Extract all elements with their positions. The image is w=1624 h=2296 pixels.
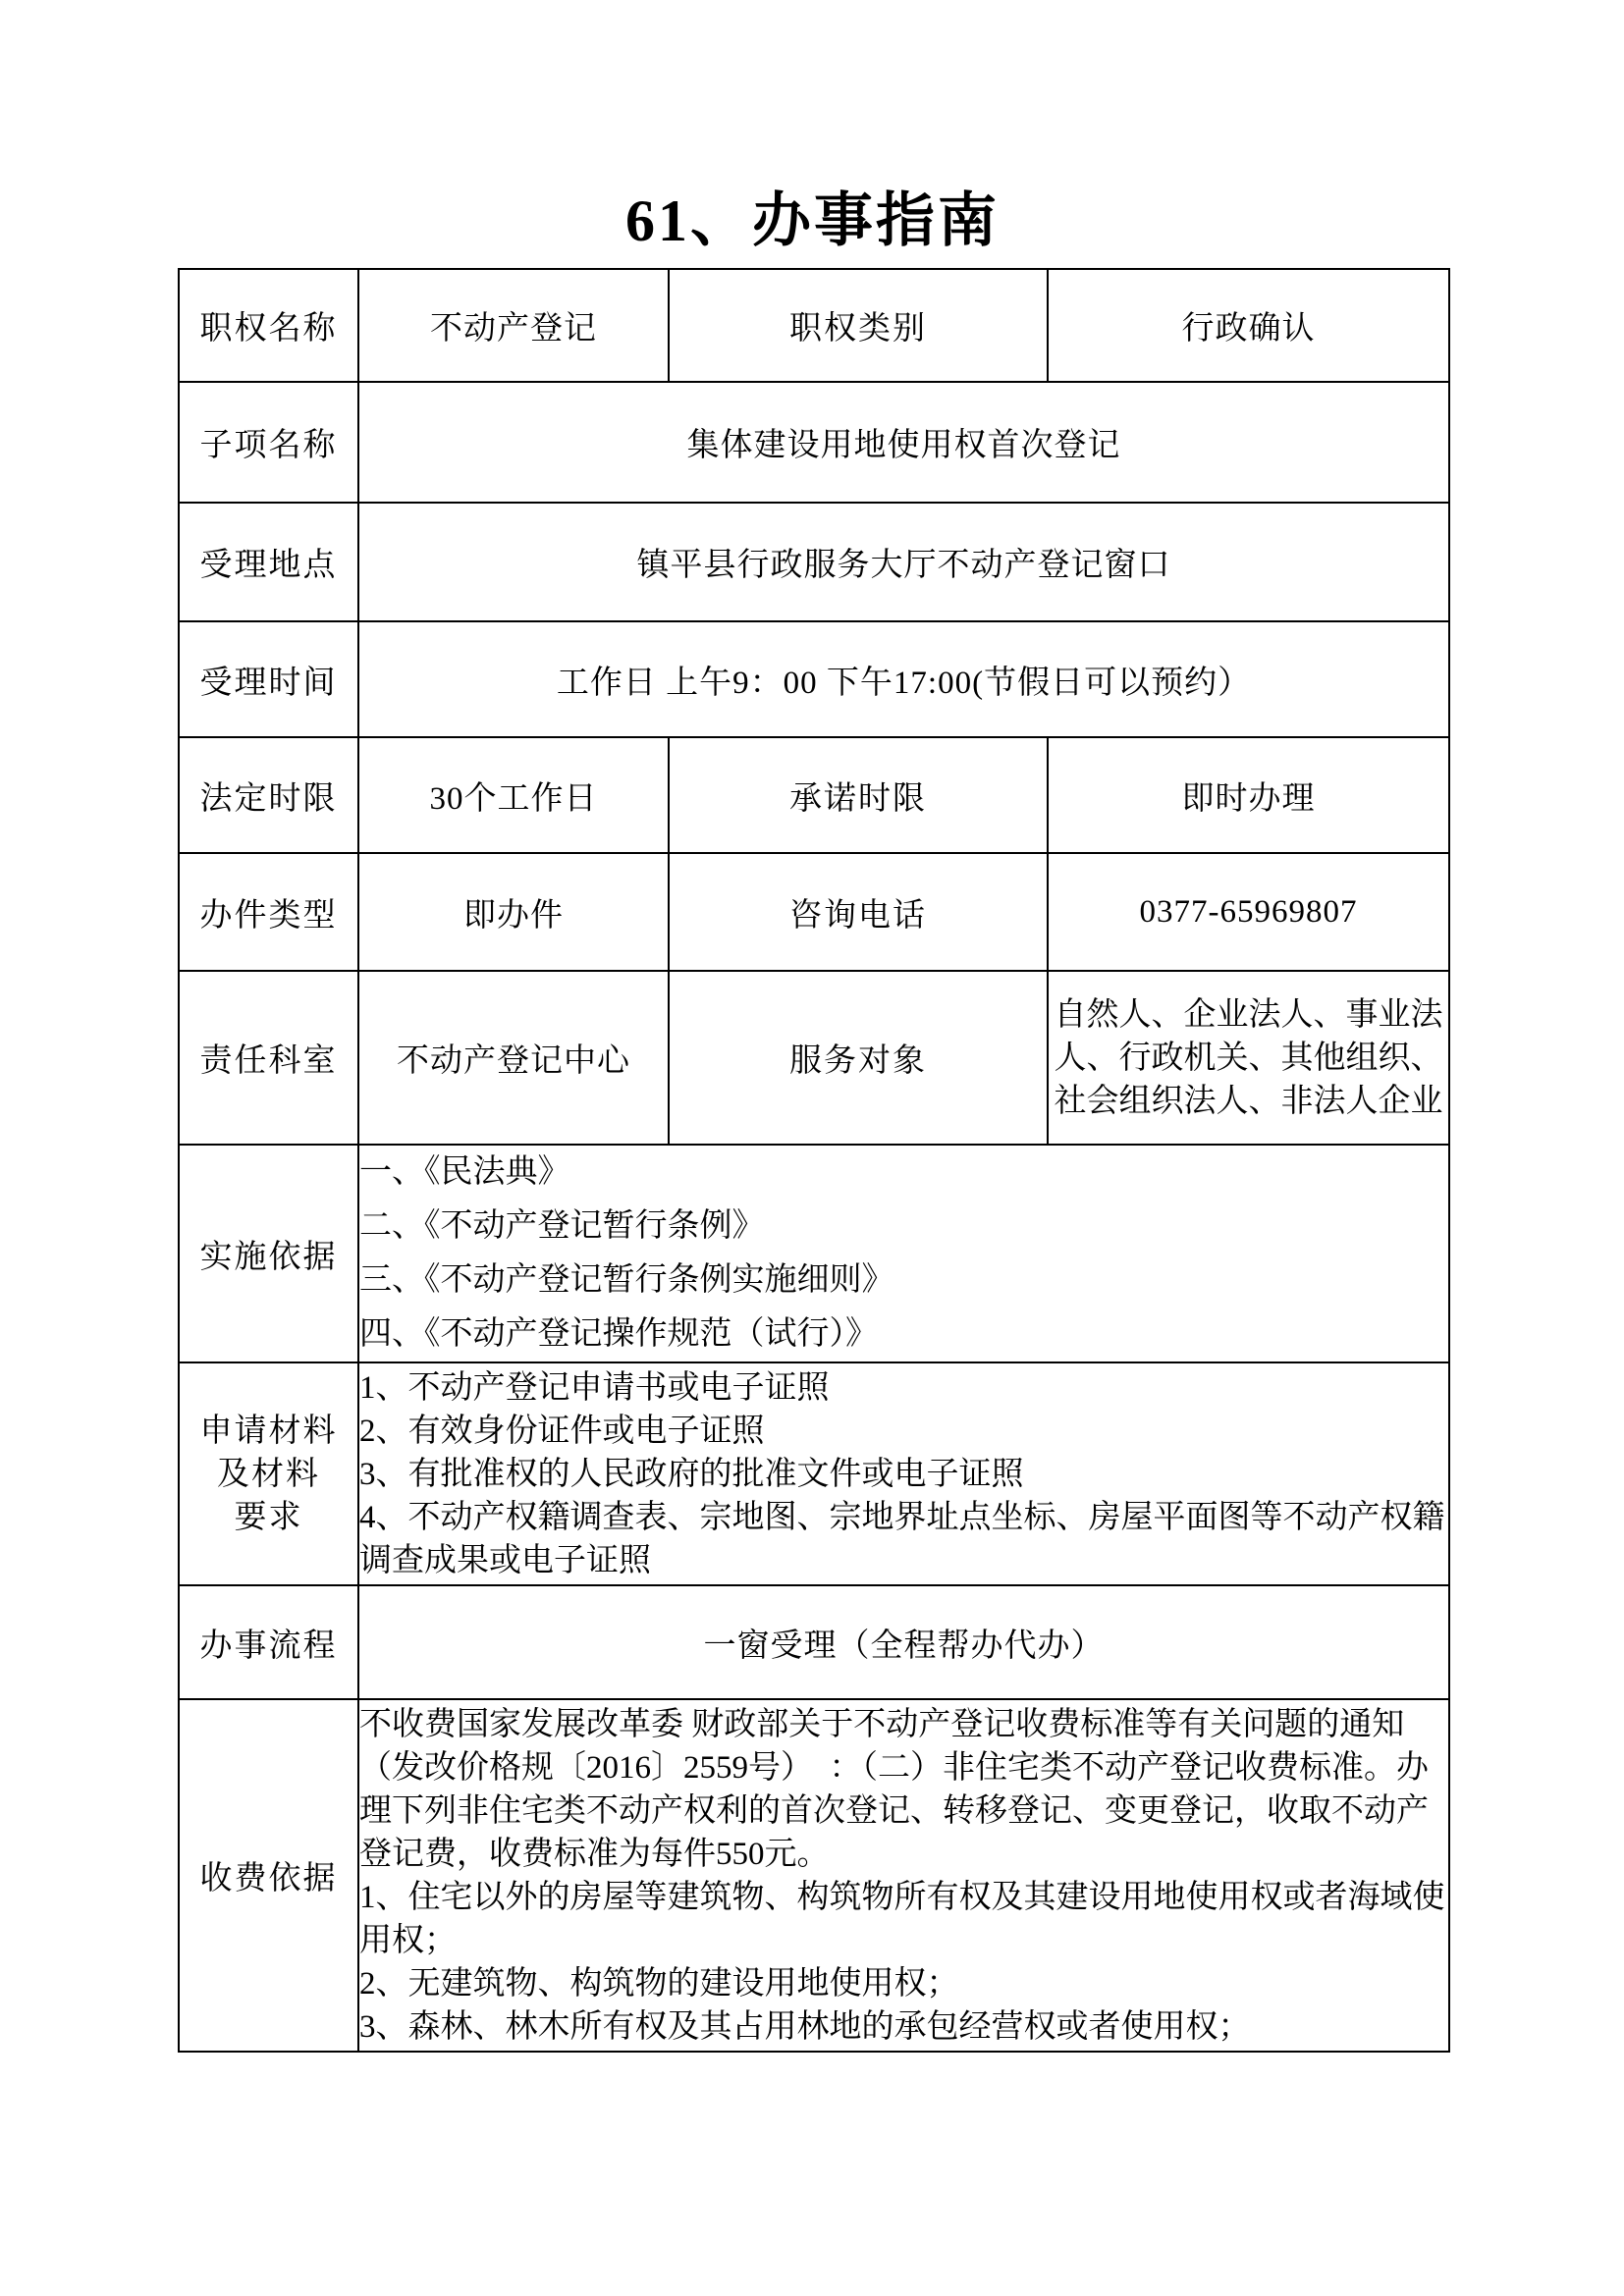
table-row: 实施依据 一、《民法典》 二、《不动产登记暂行条例》 三、《不动产登记暂行条例实… xyxy=(179,1145,1449,1362)
application-materials-list: 1、不动产登记申请书或电子证照 2、有效身份证件或电子证照 3、有批准权的人民政… xyxy=(358,1362,1449,1585)
acceptance-location-label: 受理地点 xyxy=(179,503,358,621)
responsible-department-value: 不动产登记中心 xyxy=(358,971,669,1145)
table-row: 受理地点 镇平县行政服务大厅不动产登记窗口 xyxy=(179,503,1449,621)
statutory-time-limit-label: 法定时限 xyxy=(179,737,358,853)
guide-table: 职权名称 不动产登记 职权类别 行政确认 子项名称 集体建设用地使用权首次登记 … xyxy=(178,268,1450,2053)
material-item: 4、不动产权籍调查表、宗地图、宗地界址点坐标、房屋平面图等不动产权籍调查成果或电… xyxy=(359,1496,1448,1582)
fee-basis-item: 1、住宅以外的房屋等建筑物、构筑物所有权及其建设用地使用权或者海域使用权； xyxy=(359,1876,1448,1962)
authority-name-label: 职权名称 xyxy=(179,269,358,382)
subitem-name-label: 子项名称 xyxy=(179,382,358,503)
label-line: 要求 xyxy=(180,1496,357,1539)
consultation-phone-label: 咨询电话 xyxy=(669,853,1048,971)
table-row: 受理时间 工作日 上午9：00 下午17:00(节假日可以预约） xyxy=(179,621,1449,737)
fee-basis-label: 收费依据 xyxy=(179,1699,358,2052)
service-process-label: 办事流程 xyxy=(179,1585,358,1699)
material-item: 3、有批准权的人民政府的批准文件或电子证照 xyxy=(359,1453,1448,1496)
fee-basis-text: 不收费国家发展改革委 财政部关于不动产登记收费标准等有关问题的通知（发改价格规〔… xyxy=(358,1699,1449,2052)
implementation-basis-label: 实施依据 xyxy=(179,1145,358,1362)
page-title: 61、办事指南 xyxy=(178,188,1447,254)
table-row: 办事流程 一窗受理（全程帮办代办） xyxy=(179,1585,1449,1699)
case-type-label: 办件类型 xyxy=(179,853,358,971)
service-target-label: 服务对象 xyxy=(669,971,1048,1145)
fee-basis-paragraph: 不收费国家发展改革委 财政部关于不动产登记收费标准等有关问题的通知（发改价格规〔… xyxy=(359,1703,1448,1876)
authority-name-value: 不动产登记 xyxy=(358,269,669,382)
material-item: 2、有效身份证件或电子证照 xyxy=(359,1410,1448,1453)
material-item: 1、不动产登记申请书或电子证照 xyxy=(359,1366,1448,1410)
document-page: 61、办事指南 职权名称 不动产登记 职权类别 行政确认 子项名称 集体建设用地… xyxy=(0,0,1624,2296)
responsible-department-label: 责任科室 xyxy=(179,971,358,1145)
label-line: 及材料 xyxy=(180,1453,357,1496)
statutory-time-limit-value: 30个工作日 xyxy=(358,737,669,853)
service-process-value: 一窗受理（全程帮办代办） xyxy=(358,1585,1449,1699)
basis-item: 二、《不动产登记暂行条例》 xyxy=(359,1200,1448,1254)
application-materials-label: 申请材料 及材料 要求 xyxy=(179,1362,358,1585)
implementation-basis-list: 一、《民法典》 二、《不动产登记暂行条例》 三、《不动产登记暂行条例实施细则》 … xyxy=(358,1145,1449,1362)
acceptance-location-value: 镇平县行政服务大厅不动产登记窗口 xyxy=(358,503,1449,621)
basis-item: 一、《民法典》 xyxy=(359,1146,1448,1200)
table-row: 法定时限 30个工作日 承诺时限 即时办理 xyxy=(179,737,1449,853)
table-row: 责任科室 不动产登记中心 服务对象 自然人、企业法人、事业法人、行政机关、其他组… xyxy=(179,971,1449,1145)
promised-time-limit-value: 即时办理 xyxy=(1048,737,1449,853)
fee-basis-item: 3、森林、林木所有权及其占用林地的承包经营权或者使用权； xyxy=(359,2005,1448,2049)
authority-category-label: 职权类别 xyxy=(669,269,1048,382)
case-type-value: 即办件 xyxy=(358,853,669,971)
basis-item: 三、《不动产登记暂行条例实施细则》 xyxy=(359,1254,1448,1308)
label-line: 申请材料 xyxy=(180,1410,357,1453)
subitem-name-value: 集体建设用地使用权首次登记 xyxy=(358,382,1449,503)
table-row: 收费依据 不收费国家发展改革委 财政部关于不动产登记收费标准等有关问题的通知（发… xyxy=(179,1699,1449,2052)
promised-time-limit-label: 承诺时限 xyxy=(669,737,1048,853)
basis-item: 四、《不动产登记操作规范（试行）》 xyxy=(359,1308,1448,1362)
service-target-value: 自然人、企业法人、事业法人、行政机关、其他组织、社会组织法人、非法人企业 xyxy=(1048,971,1449,1145)
authority-category-value: 行政确认 xyxy=(1048,269,1449,382)
table-row: 申请材料 及材料 要求 1、不动产登记申请书或电子证照 2、有效身份证件或电子证… xyxy=(179,1362,1449,1585)
acceptance-time-label: 受理时间 xyxy=(179,621,358,737)
consultation-phone-value: 0377-65969807 xyxy=(1048,853,1449,971)
table-row: 职权名称 不动产登记 职权类别 行政确认 xyxy=(179,269,1449,382)
fee-basis-item: 2、无建筑物、构筑物的建设用地使用权； xyxy=(359,1962,1448,2005)
application-materials-label-lines: 申请材料 及材料 要求 xyxy=(180,1410,357,1539)
table-row: 办件类型 即办件 咨询电话 0377-65969807 xyxy=(179,853,1449,971)
table-row: 子项名称 集体建设用地使用权首次登记 xyxy=(179,382,1449,503)
acceptance-time-value: 工作日 上午9：00 下午17:00(节假日可以预约） xyxy=(358,621,1449,737)
